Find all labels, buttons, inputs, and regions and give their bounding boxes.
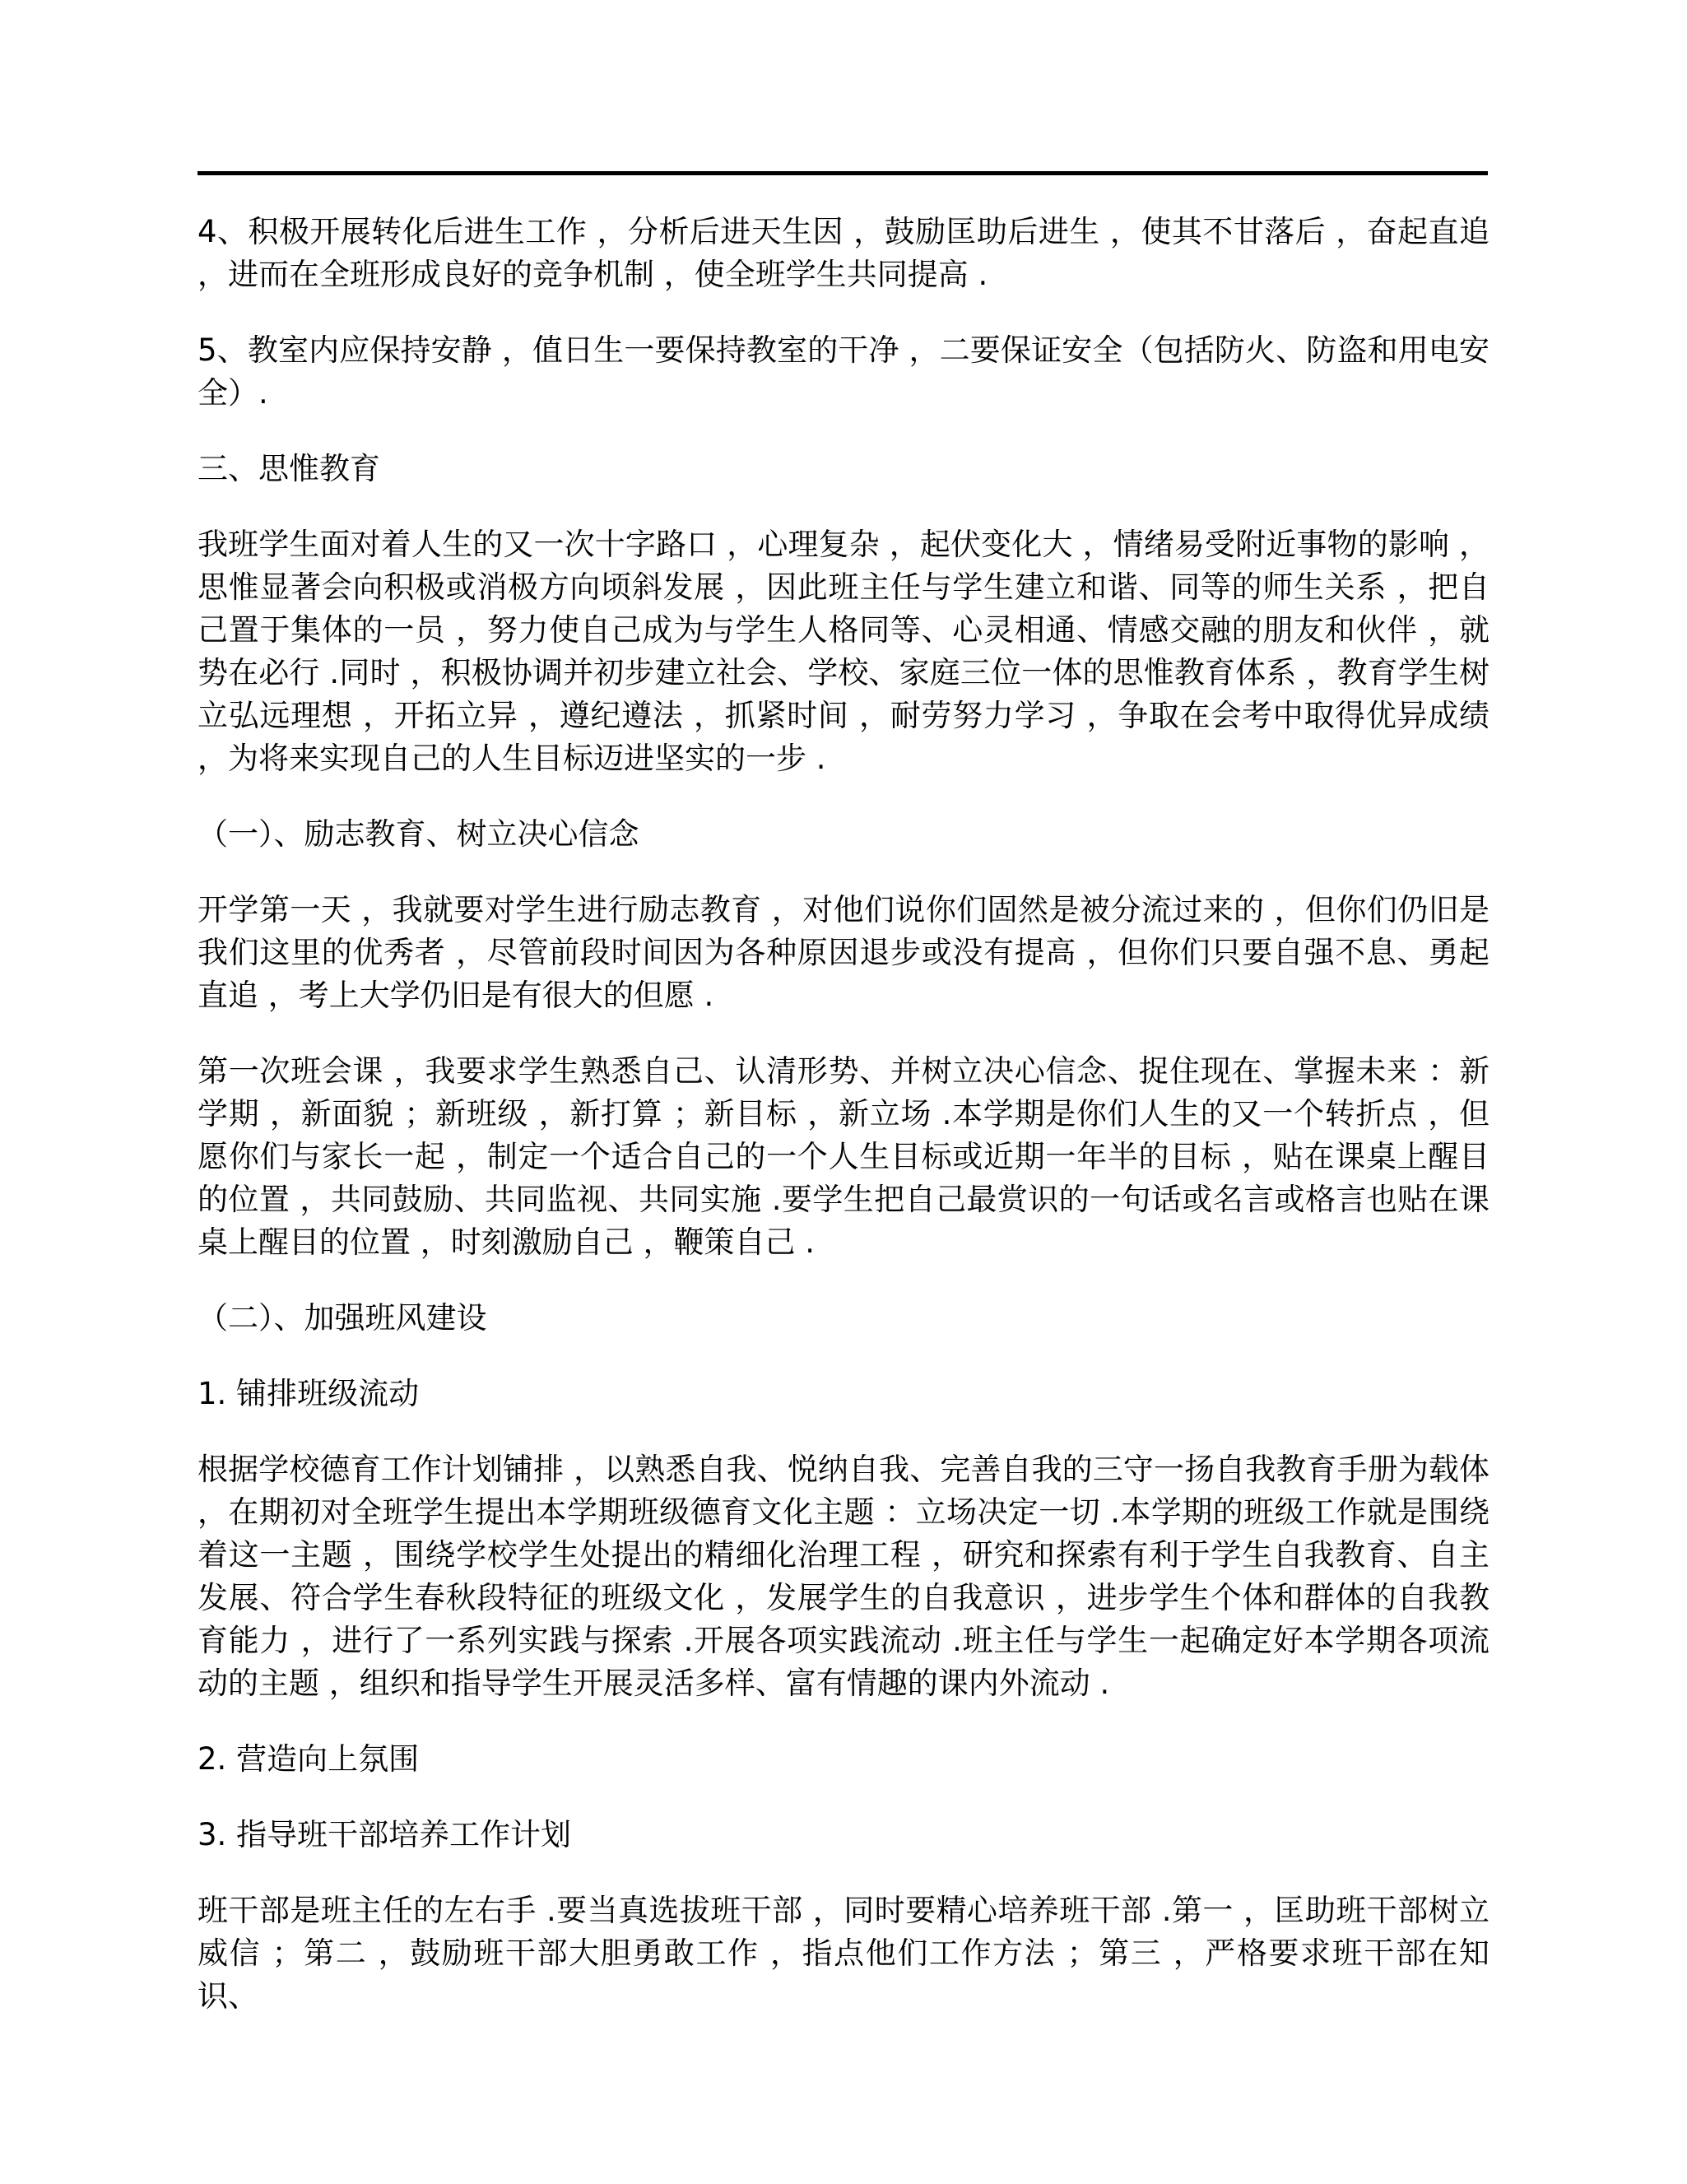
paragraph: 第一次班会课 ，我要求学生熟悉自己、认清形势、并树立决心信念、捉住现在、掌握未来… bbox=[198, 1050, 1489, 1264]
subsection-heading-one: （一）、励志教育、树立决心信念 bbox=[198, 813, 1489, 856]
paragraph: 根据学校德育工作计划铺排 ，以熟悉自我、悦纳自我、完善自我的三守一扬自我教育手册… bbox=[198, 1448, 1489, 1705]
header-rule bbox=[198, 171, 1488, 175]
paragraph: 我班学生面对着人生的又一次十字路口 ，心理复杂 ，起伏变化大 ，情绪易受附近事物… bbox=[198, 523, 1489, 780]
paragraph-item-5: 5、教室内应保持安静 ，值日生一要保持教室的干净 ，二要保证安全（包括防火、防盗… bbox=[198, 329, 1489, 415]
paragraph-item-4: 4、积极开展转化后进生工作 ，分析后进天生因 ，鼓励匡助后进生 ，使其不甘落后 … bbox=[198, 211, 1489, 296]
numbered-heading-3: 3. 指导班干部培养工作计划 bbox=[198, 1814, 1489, 1856]
section-heading-three: 三、思惟教育 bbox=[198, 448, 1489, 490]
paragraph: 班干部是班主任的左右手 .要当真选拔班干部 ，同时要精心培养班干部 .第一 ，匡… bbox=[198, 1889, 1489, 2018]
numbered-heading-2: 2. 营造向上氛围 bbox=[198, 1738, 1489, 1781]
subsection-heading-two: （二）、加强班风建设 bbox=[198, 1297, 1489, 1340]
document-body: 4、积极开展转化后进生工作 ，分析后进天生因 ，鼓励匡助后进生 ，使其不甘落后 … bbox=[198, 211, 1489, 2051]
paragraph: 开学第一天 ，我就要对学生进行励志教育 ，对他们说你们固然是被分流过来的 ，但你… bbox=[198, 889, 1489, 1017]
document-page: 4、积极开展转化后进生工作 ，分析后进天生因 ，鼓励匡助后进生 ，使其不甘落后 … bbox=[0, 0, 1687, 2184]
numbered-heading-1: 1. 铺排班级流动 bbox=[198, 1373, 1489, 1415]
